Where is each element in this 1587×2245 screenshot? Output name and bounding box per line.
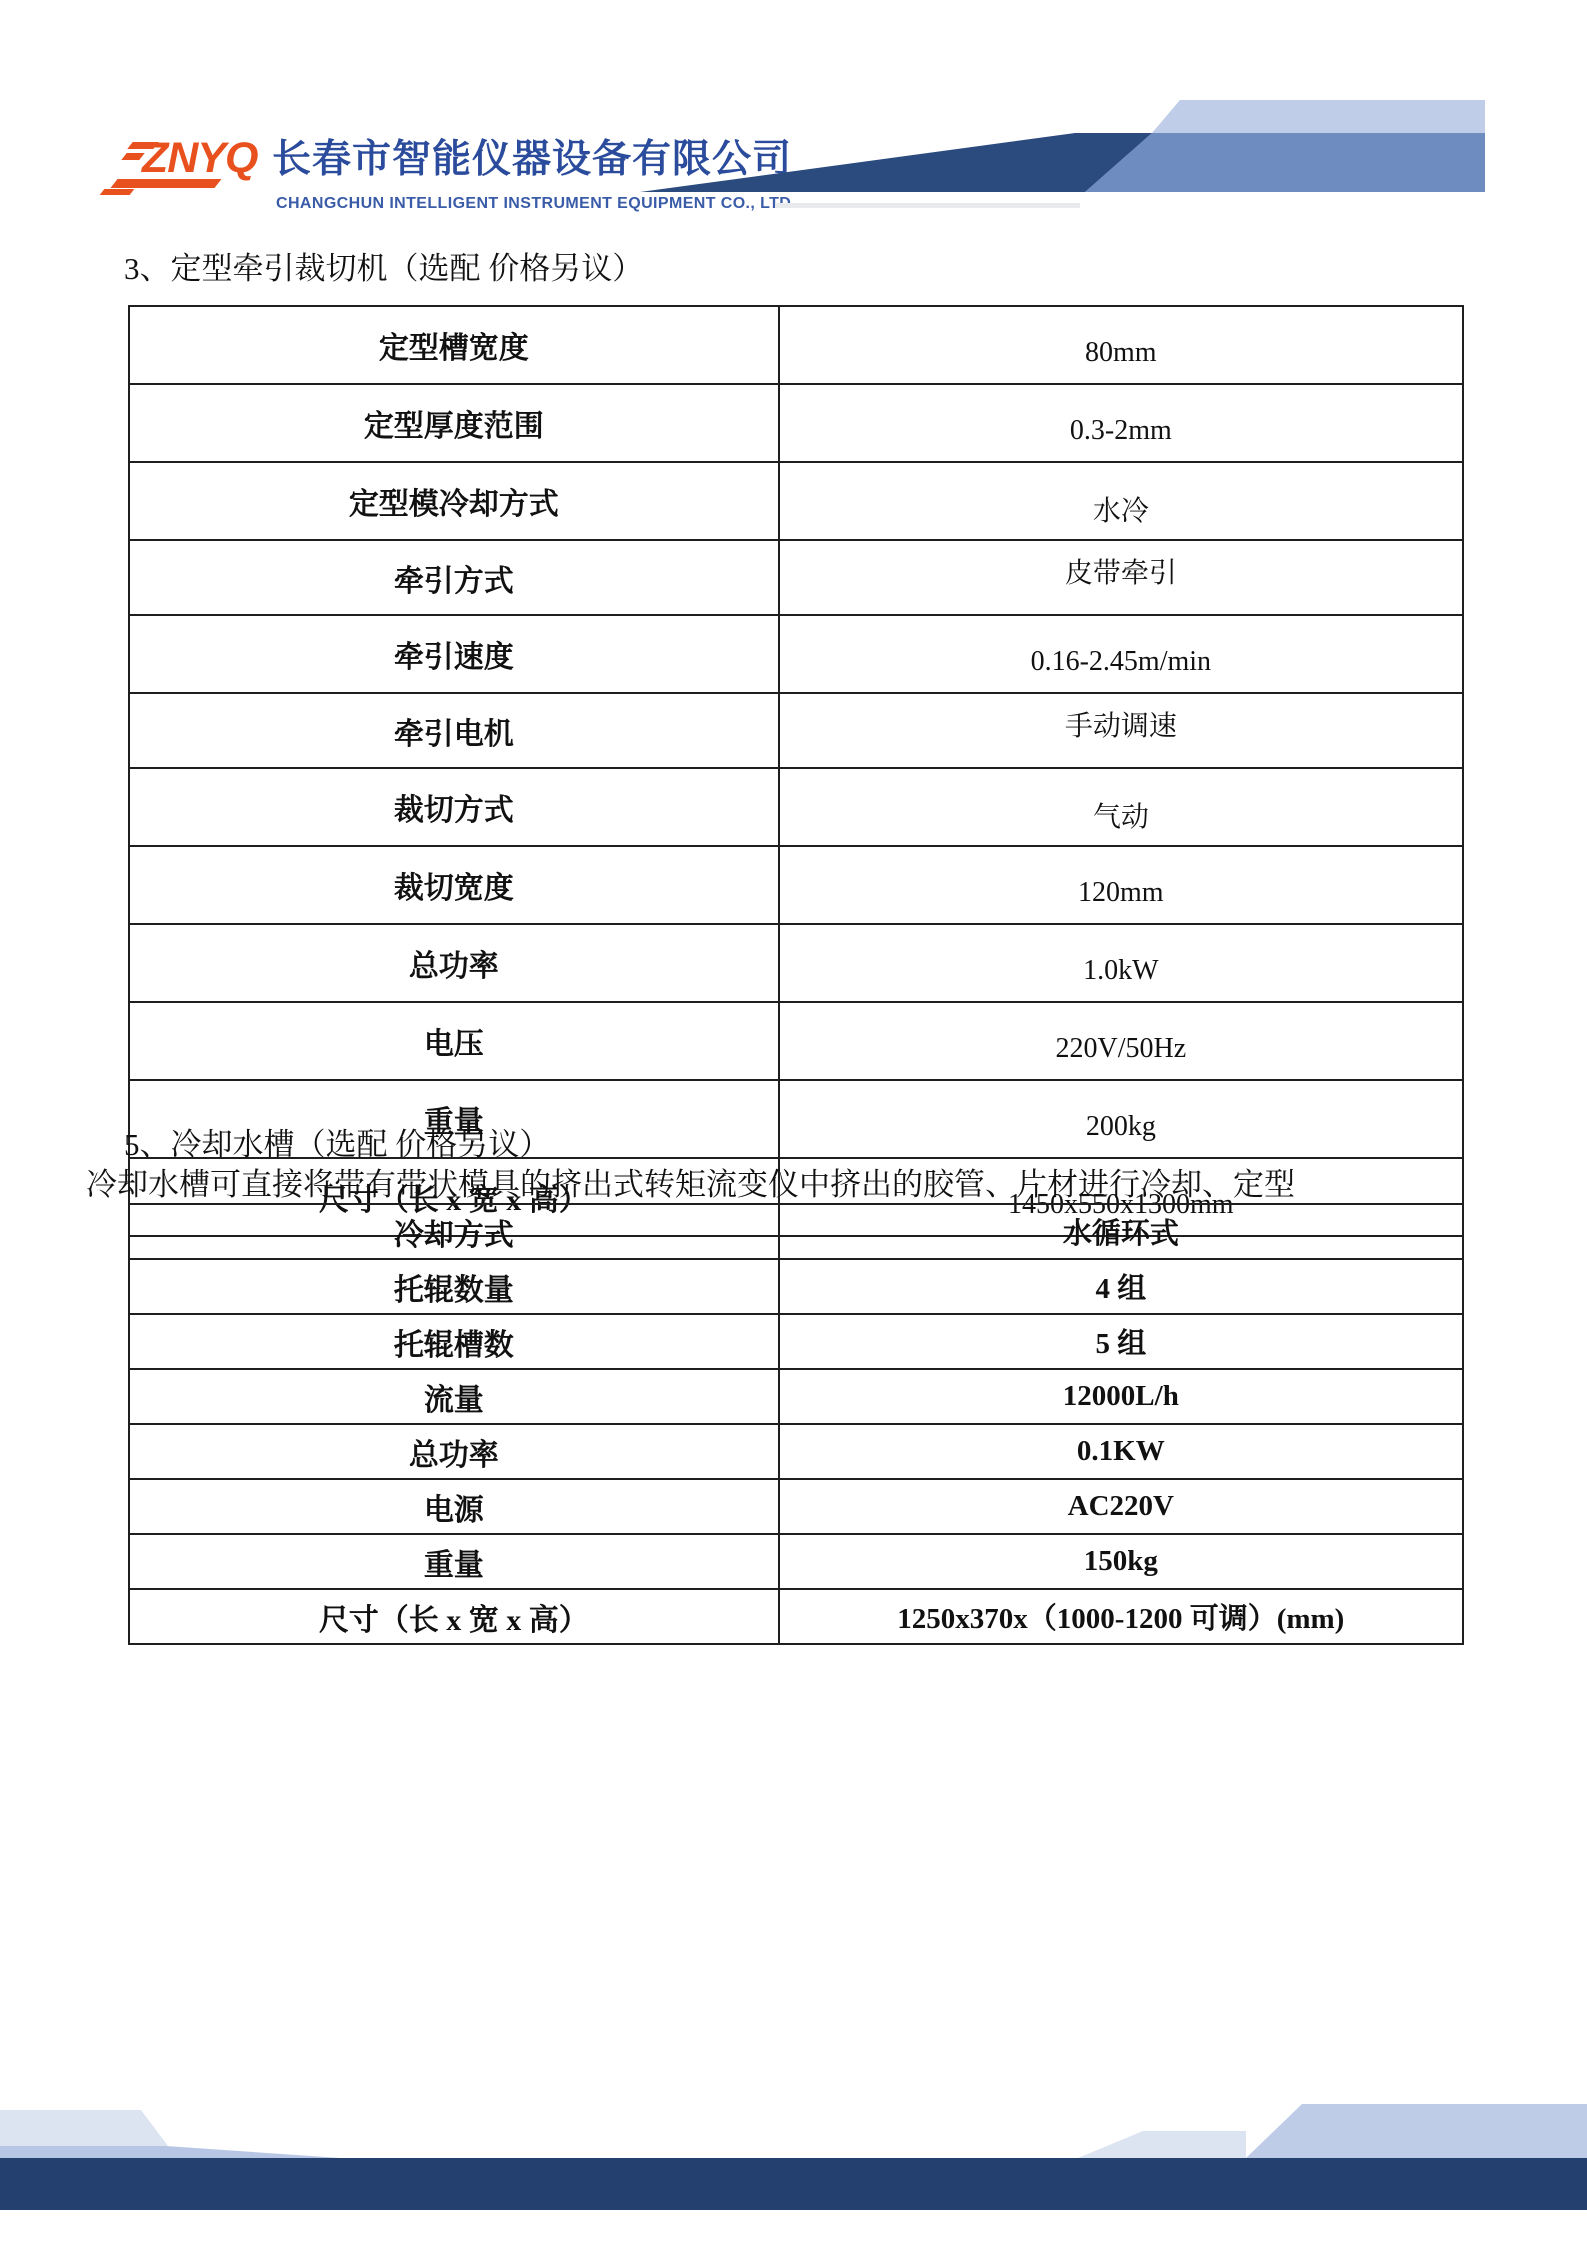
footer-deco-medium-left [0, 2146, 340, 2158]
spec-value: 4 组 [779, 1259, 1463, 1314]
spec-value: 0.3-2mm [779, 384, 1463, 462]
spec-label: 托辊槽数 [129, 1314, 779, 1369]
spec-label: 定型厚度范围 [129, 384, 779, 462]
table-row: 牵引速度0.16-2.45m/min [129, 615, 1463, 693]
document-page: { "header": { "logo_text": "ZNYQ", "comp… [0, 0, 1587, 2245]
spec-label: 牵引电机 [129, 693, 779, 768]
spec-value: 120mm [779, 846, 1463, 924]
table-row: 重量150kg [129, 1534, 1463, 1589]
company-name-en: CHANGCHUN INTELLIGENT INSTRUMENT EQUIPME… [276, 193, 791, 215]
footer-deco-pale-center [1078, 2131, 1246, 2158]
footer-deco-dark-band [0, 2158, 1587, 2210]
spec-value: 水冷 [779, 462, 1463, 540]
header-deco-dark-band [640, 133, 1152, 192]
table-row: 流量12000L/h [129, 1369, 1463, 1424]
table-row: 托辊数量4 组 [129, 1259, 1463, 1314]
logo-text: ZNYQ [142, 135, 257, 181]
spec-label: 托辊数量 [129, 1259, 779, 1314]
spec-value: 150kg [779, 1534, 1463, 1589]
section-3-title: 3、定型牵引裁切机（选配 价格另议） [124, 250, 643, 288]
footer-decoration [0, 2100, 1587, 2212]
table-row: 定型厚度范围0.3-2mm [129, 384, 1463, 462]
spec-value: 80mm [779, 306, 1463, 384]
table-row: 尺寸（长 x 宽 x 高）1250x370x（1000-1200 可调）(mm) [129, 1589, 1463, 1644]
spec-label: 裁切宽度 [129, 846, 779, 924]
header-shadow-line [775, 203, 1080, 208]
table-row: 总功率1.0kW [129, 924, 1463, 1002]
spec-table-cutting-machine: 定型槽宽度80mm 定型厚度范围0.3-2mm 定型模冷却方式水冷 牵引方式皮带… [128, 305, 1464, 1237]
spec-label: 电压 [129, 1002, 779, 1080]
spec-value: 水循环式 [779, 1204, 1463, 1259]
spec-value: AC220V [779, 1479, 1463, 1534]
header-decoration [555, 95, 1487, 195]
spec-label: 定型模冷却方式 [129, 462, 779, 540]
header-deco-light-band [1152, 100, 1485, 133]
footer-deco-pale-left [0, 2110, 168, 2146]
spec-label: 定型槽宽度 [129, 306, 779, 384]
spec-value: 12000L/h [779, 1369, 1463, 1424]
table-row: 裁切宽度120mm [129, 846, 1463, 924]
table-row: 定型槽宽度80mm [129, 306, 1463, 384]
spec-label: 重量 [129, 1534, 779, 1589]
spec-value: 220V/50Hz [779, 1002, 1463, 1080]
table-row: 电压220V/50Hz [129, 1002, 1463, 1080]
table-row: 牵引方式皮带牵引 [129, 540, 1463, 615]
spec-label: 冷却方式 [129, 1204, 779, 1259]
spec-label: 流量 [129, 1369, 779, 1424]
spec-value: 0.1KW [779, 1424, 1463, 1479]
table-row: 牵引电机手动调速 [129, 693, 1463, 768]
section-5-description: 冷却水槽可直接将带有带状模具的挤出式转矩流变仪中挤出的胶管、片材进行冷却、定型 [86, 1165, 1295, 1205]
spec-label: 裁切方式 [129, 768, 779, 846]
spec-label: 总功率 [129, 924, 779, 1002]
spec-value: 皮带牵引 [779, 540, 1463, 615]
logo-underline-icon [110, 179, 221, 188]
table-row: 托辊槽数5 组 [129, 1314, 1463, 1369]
table-row: 总功率0.1KW [129, 1424, 1463, 1479]
spec-label: 牵引速度 [129, 615, 779, 693]
logo-tail-icon [100, 189, 135, 195]
spec-value: 1250x370x（1000-1200 可调）(mm) [779, 1589, 1463, 1644]
spec-value: 0.16-2.45m/min [779, 615, 1463, 693]
footer-deco-light-right [1246, 2104, 1587, 2158]
spec-label: 总功率 [129, 1424, 779, 1479]
header-deco-medium-band [1085, 133, 1485, 192]
spec-label: 电源 [129, 1479, 779, 1534]
spec-value: 气动 [779, 768, 1463, 846]
spec-value: 200kg [779, 1080, 1463, 1158]
spec-table-cooling-tank: 冷却方式水循环式 托辊数量4 组 托辊槽数5 组 流量12000L/h 总功率0… [128, 1203, 1464, 1645]
table-row: 裁切方式气动 [129, 768, 1463, 846]
spec-value: 5 组 [779, 1314, 1463, 1369]
section-5-title: 5、冷却水槽（选配 价格另议） [124, 1126, 550, 1164]
spec-value: 1.0kW [779, 924, 1463, 1002]
company-logo: ZNYQ [124, 133, 274, 195]
table-row: 电源AC220V [129, 1479, 1463, 1534]
table-row: 定型模冷却方式水冷 [129, 462, 1463, 540]
table-row: 冷却方式水循环式 [129, 1204, 1463, 1259]
spec-label: 尺寸（长 x 宽 x 高） [129, 1589, 779, 1644]
spec-value: 手动调速 [779, 693, 1463, 768]
spec-label: 牵引方式 [129, 540, 779, 615]
